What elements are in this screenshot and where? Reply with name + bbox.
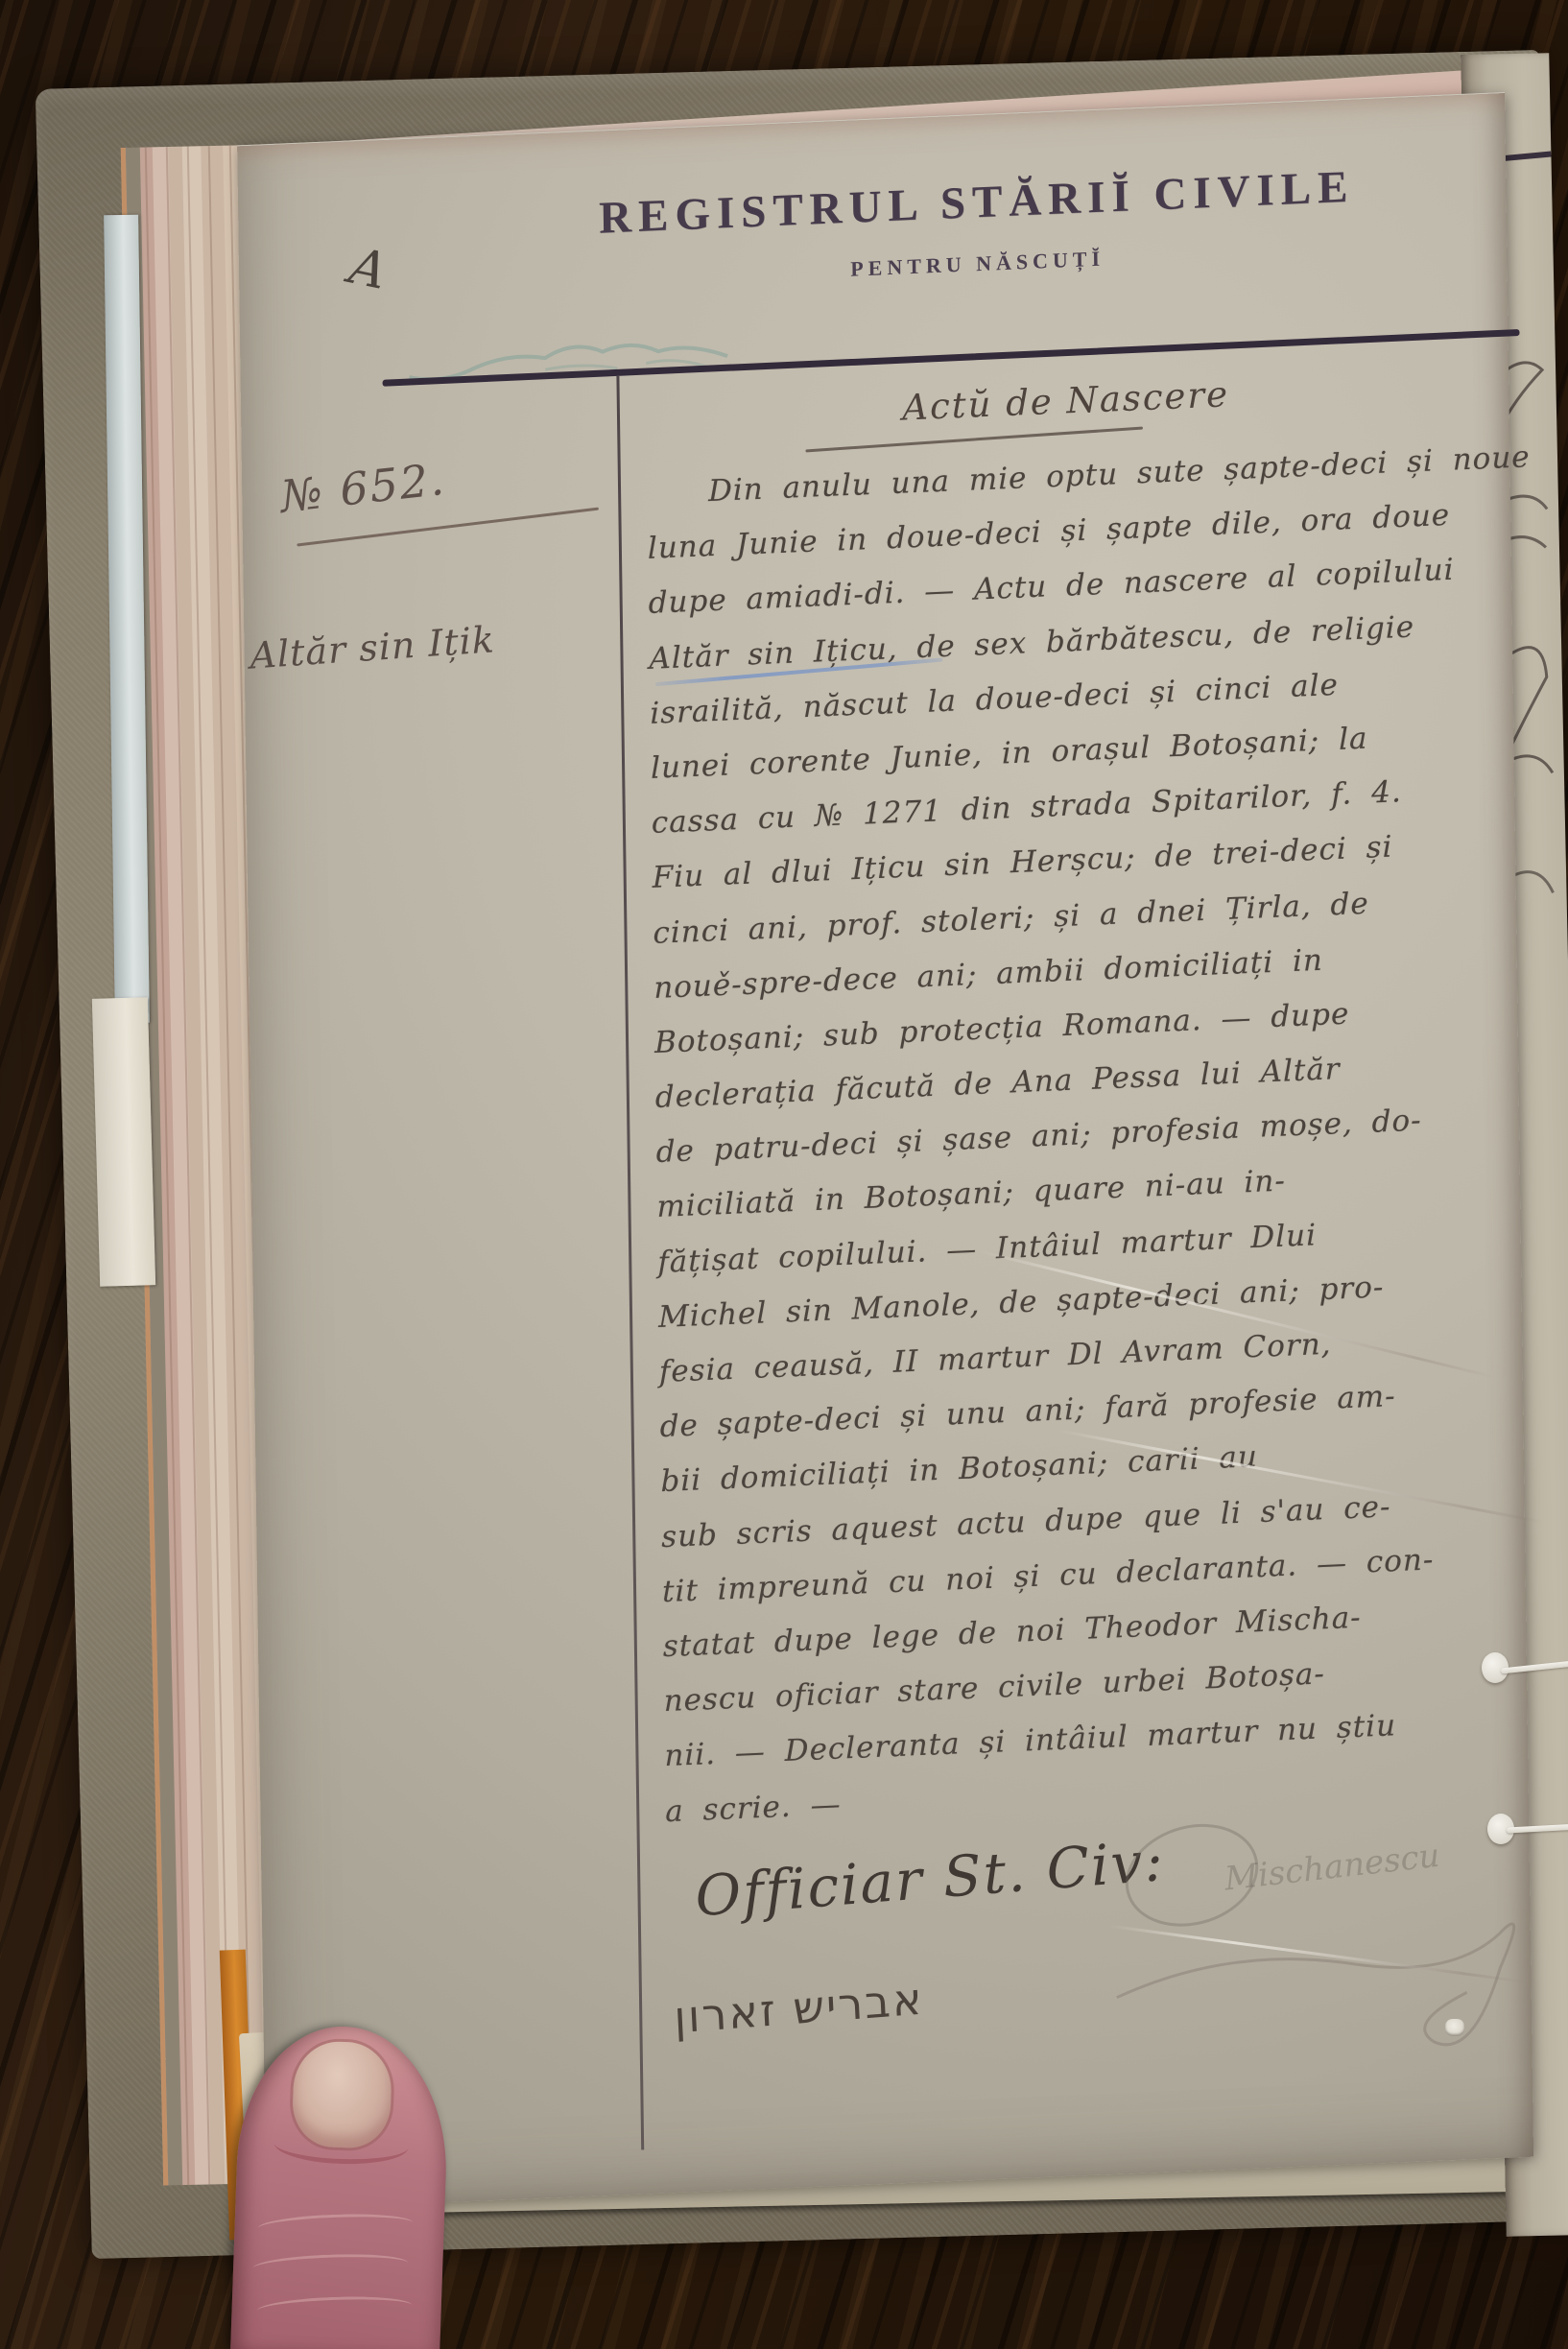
printed-vertical-rule — [616, 376, 644, 2150]
binding-stitch — [1487, 1814, 1514, 1844]
record-number: № 652. — [278, 453, 447, 523]
page-title: REGISTRUL STĂRIĬ CIVILE — [526, 157, 1428, 247]
act-heading: Actŭ de Nascere — [644, 363, 1488, 439]
page-subtitle: PENTRU NĂSCUȚĬ — [527, 232, 1429, 295]
pencil-mark-letter: A — [344, 238, 392, 301]
act-body-lines: Din anulu una mie optu sute șapte-deci ș… — [647, 431, 1568, 1849]
fingernail-crease — [273, 2124, 409, 2167]
next-page-rule-fragment — [1503, 152, 1551, 162]
record-name-margin: Altăr sin Ițik — [249, 618, 496, 676]
inserted-white-slip — [92, 997, 155, 1287]
finger-wrinkle — [257, 2212, 414, 2240]
binding-hole — [1445, 2019, 1464, 2036]
registry-page: A REGISTRUL STĂRIĬ CIVILE PENTRU NĂSCUȚĬ… — [237, 92, 1533, 2210]
photo-of-registry-book: { "document": { "header": { "title": "RE… — [0, 0, 1568, 2349]
binding-stitch — [1482, 1652, 1509, 1683]
hebrew-signature: אבריש זארון — [673, 1973, 925, 2044]
finger-wrinkle — [256, 2294, 413, 2322]
finger-wrinkle — [252, 2252, 409, 2280]
